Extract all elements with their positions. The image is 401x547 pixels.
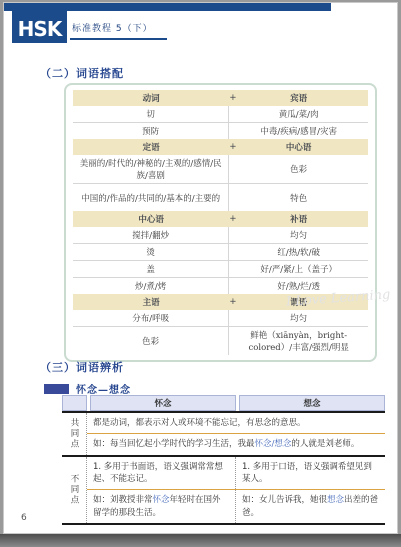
header-left: 定语 (73, 141, 229, 153)
table-header-row: 动词 + 宾语 (73, 90, 368, 106)
blue-rect-marker (44, 384, 69, 394)
section3-title: （三）词语辨析 (40, 359, 124, 375)
keyword: 怀念 (153, 495, 170, 505)
table-row: 盖 好/严/紧/上（盖子） (73, 261, 368, 278)
keyword: 怀念/想念 (255, 439, 292, 449)
diff-rule-xiangnian: 1. 多用于口语，语义强调希望见到某人。 (236, 457, 385, 490)
similarities-label: 共同点 (62, 413, 87, 455)
collocation-table: 动词 + 宾语 切 黄瓜/菜/肉 预防 中毒/疾病/感冒/灾害 定语 + 中心语… (64, 83, 377, 362)
header-left: 主语 (73, 296, 229, 308)
divider (62, 523, 385, 525)
cell-right: 色彩 (229, 161, 368, 177)
cell-right: 特色 (229, 190, 368, 206)
section2-title: （二）词语搭配 (40, 65, 124, 81)
header-right: 谓语 (229, 296, 368, 308)
table-row: 中国的/作品的/共同的/基本的/主要的 特色 (73, 184, 368, 211)
similarities-group: 共同点 都是动词，都表示对人或环境不能忘记，有思念的意思。 如：每当回忆起小学时… (62, 413, 385, 455)
header-left: 动词 (73, 92, 229, 104)
comparison-header-row: 怀念 想念 (62, 395, 385, 411)
table-row: 色彩 鲜艳（xiānyàn，bright-colored）/丰富/强烈/明显 (73, 327, 368, 355)
diff-example-huainian: 如：刘教授非常怀念年轻时在国外留学的那段生活。 (87, 490, 236, 523)
header-right: 补语 (229, 213, 368, 225)
cell-left: 搅拌/翻炒 (73, 227, 229, 243)
table-header-row: 主语 + 谓语 (73, 294, 368, 310)
cell-right: 红/热/软/破 (229, 244, 368, 260)
table-header-row: 定语 + 中心语 (73, 139, 368, 155)
cell-right: 中毒/疾病/感冒/灾害 (229, 123, 368, 139)
cell-left: 炒/煮/烤 (73, 278, 229, 294)
header-left: 中心语 (73, 213, 229, 225)
cell-right: 好/严/紧/上（盖子） (229, 261, 368, 277)
subsection-heading: 怀念—想念 (44, 381, 131, 396)
table-header-row: 中心语 + 补语 (73, 211, 368, 227)
diff-rule-huainian: 1. 多用于书面语，语义强调常常想起、不能忘记。 (87, 457, 236, 490)
page-number: 6 (21, 513, 27, 523)
difference-rules-row: 1. 多用于书面语，语义强调常常想起、不能忘记。 1. 多用于口语，语义强调希望… (87, 457, 385, 491)
cell-left: 美丽的/时代的/神秘的/主观的/感情/民族/喜剧 (73, 155, 229, 183)
cell-left: 分布/呼吸 (73, 310, 229, 326)
subsection-label: 怀念—想念 (76, 381, 131, 396)
comparison-table: 怀念 想念 共同点 都是动词，都表示对人或环境不能忘记，有思念的意思。 如：每当… (62, 395, 385, 525)
cell-right: 均匀 (229, 310, 368, 326)
cell-right: 均匀 (229, 227, 368, 243)
differences-label: 不同点 (62, 457, 87, 523)
header-right: 中心语 (229, 141, 368, 153)
differences-group: 不同点 1. 多用于书面语，语义强调常常想起、不能忘记。 1. 多用于口语，语义… (62, 457, 385, 523)
similarity-rule: 都是动词，都表示对人或环境不能忘记，有思念的意思。 (87, 413, 385, 434)
book-title: 标准教程 5（下） (70, 21, 167, 40)
table-row: 搅拌/翻炒 均匀 (73, 227, 368, 244)
table-row: 分布/呼吸 均匀 (73, 310, 368, 327)
keyword: 想念 (327, 495, 344, 505)
cell-left: 色彩 (73, 327, 229, 355)
page-bottom-edge (0, 534, 401, 547)
similarity-example: 如：每当回忆起小学时代的学习生活，我最怀念/想念的人就是刘老师。 (87, 434, 385, 454)
cell-left: 盖 (73, 261, 229, 277)
cell-left: 烫 (73, 244, 229, 260)
column-huainian: 怀念 (90, 395, 236, 411)
table-row: 预防 中毒/疾病/感冒/灾害 (73, 123, 368, 139)
table-row: 切 黄瓜/菜/肉 (73, 106, 368, 123)
cell-right: 鲜艳（xiānyàn，bright-colored）/丰富/强烈/明显 (229, 327, 368, 355)
cell-left: 预防 (73, 123, 229, 139)
cell-right: 好/熟/烂/透 (229, 278, 368, 294)
diff-example-xiangnian: 如：女儿告诉我，她很想念出差的爸爸。 (236, 490, 385, 523)
table-row: 烫 红/热/软/破 (73, 244, 368, 261)
table-row: 炒/煮/烤 好/熟/烂/透 (73, 278, 368, 294)
book-page: HSK 标准教程 5（下） （二）词语搭配 动词 + 宾语 切 黄瓜/菜/肉 预… (3, 2, 398, 534)
cell-left: 中国的/作品的/共同的/基本的/主要的 (73, 184, 229, 211)
table-row: 美丽的/时代的/神秘的/主观的/感情/民族/喜剧 色彩 (73, 155, 368, 184)
cell-right: 黄瓜/菜/肉 (229, 106, 368, 122)
header-right: 宾语 (229, 92, 368, 104)
cell-left: 切 (73, 106, 229, 122)
column-xiangnian: 想念 (239, 395, 385, 411)
hsk-logo: HSK (12, 3, 67, 43)
corner-cell (62, 395, 87, 411)
difference-examples-row: 如：刘教授非常怀念年轻时在国外留学的那段生活。 如：女儿告诉我，她很想念出差的爸… (87, 490, 385, 523)
